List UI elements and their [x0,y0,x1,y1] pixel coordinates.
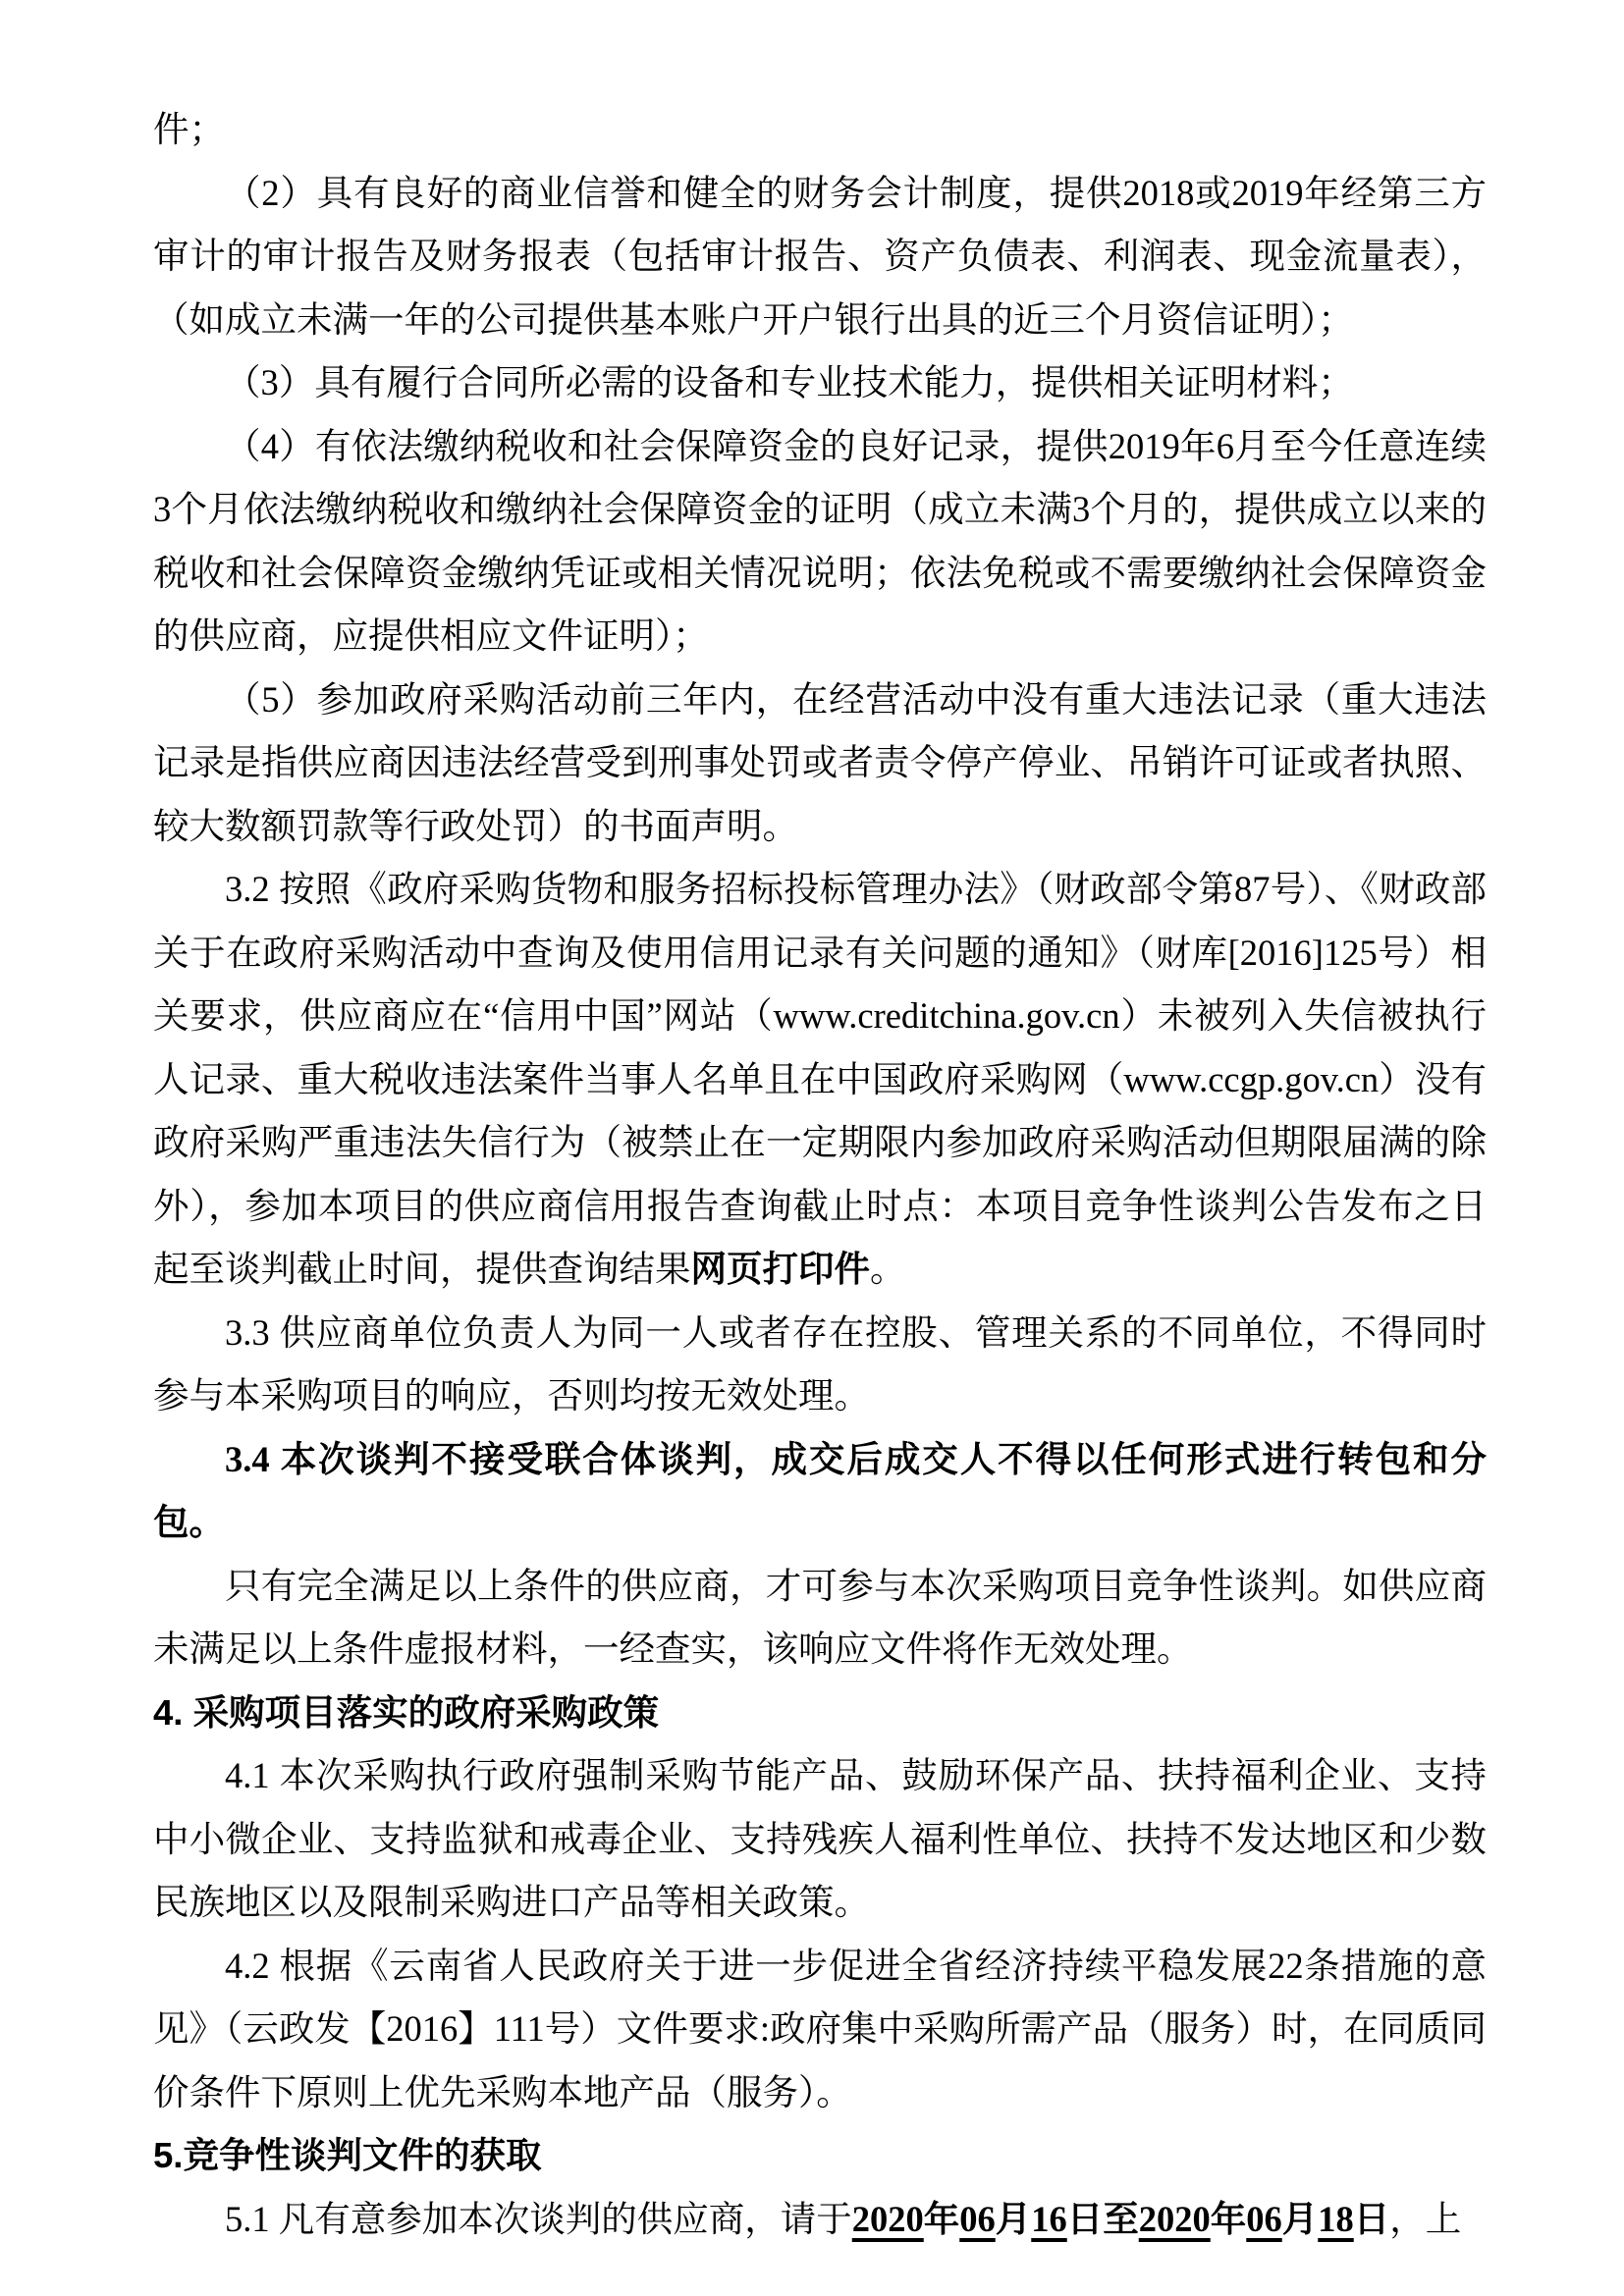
para-section-3-2: 3.2 按照《政府采购货物和服务招标投标管理办法》（财政部令第87号）、《财政部… [153,858,1487,1302]
bold-text-run: 5.竞争性谈判文件的获取 [153,2135,541,2175]
bold-text-run: 年 [924,2199,960,2239]
text-run: （4）有依法缴纳税收和社会保障资金的良好记录，提供2019年6月至今任意连续3个… [153,426,1487,657]
para-section-4-2: 4.2 根据《云南省人民政府关于进一步促进全省经济持续平稳发展22条措施的意见》… [153,1935,1487,2125]
text-run: 4.2 根据《云南省人民政府关于进一步促进全省经济持续平稳发展22条措施的意见》… [153,1946,1487,2112]
text-run: 。 [870,1249,906,1289]
para-section-5-1: 5.1 凡有意参加本次谈判的供应商，请于2020年06月16日至2020年06月… [153,2188,1487,2252]
text-run: （3）具有履行合同所必需的设备和专业技术能力，提供相关证明材料； [225,362,1354,402]
text-run: 件； [153,109,225,149]
document-page: 件；（2）具有良好的商业信誉和健全的财务会计制度，提供2018或2019年经第三… [0,0,1624,2296]
text-run: 4.1 本次采购执行政府强制采购节能产品、鼓励环保产品、扶持福利企业、支持中小微… [153,1755,1487,1922]
bold-text-run: 4. 采购项目落实的政府采购政策 [153,1692,659,1733]
bold-text-run: 日至 [1067,2199,1139,2239]
bold-text-run: 日 [1354,2199,1390,2239]
heading-section-4: 4. 采购项目落实的政府采购政策 [153,1682,1487,1745]
underlined-date-text: 2020 [852,2199,924,2239]
underlined-date-text: 16 [1031,2199,1067,2239]
bold-text-run: 3.4 本次谈判不接受联合体谈判，成交后成交人不得以任何形式进行转包和分包。 [153,1439,1487,1543]
para-item-3: （3）具有履行合同所必需的设备和专业技术能力，提供相关证明材料； [153,351,1487,415]
heading-section-5: 5.竞争性谈判文件的获取 [153,2124,1487,2188]
bold-text-run: 月 [996,2199,1032,2239]
text-run: 3.3 供应商单位负责人为同一人或者存在控股、管理关系的不同单位，不得同时参与本… [153,1312,1487,1416]
para-item-5: （5）参加政府采购活动前三年内，在经营活动中没有重大违法记录（重大违法记录是指供… [153,668,1487,859]
text-run: （5）参加政府采购活动前三年内，在经营活动中没有重大违法记录（重大违法记录是指供… [153,679,1487,846]
para-qualification-note: 只有完全满足以上条件的供应商，才可参与本次采购项目竞争性谈判。如供应商未满足以上… [153,1555,1487,1682]
text-run: ，上 [1389,2199,1461,2239]
para-item-4: （4）有依法缴纳税收和社会保障资金的良好记录，提供2019年6月至今任意连续3个… [153,415,1487,668]
para-section-4-1: 4.1 本次采购执行政府强制采购节能产品、鼓励环保产品、扶持福利企业、支持中小微… [153,1744,1487,1935]
bold-text-run: 网页打印件 [691,1249,871,1289]
text-run: （2）具有良好的商业信誉和健全的财务会计制度，提供2018或2019年经第三方审… [153,173,1487,340]
document-content: 件；（2）具有良好的商业信誉和健全的财务会计制度，提供2018或2019年经第三… [153,98,1487,2251]
text-run: 3.2 按照《政府采购货物和服务招标投标管理办法》（财政部令第87号）、《财政部… [153,869,1487,1289]
underlined-date-text: 06 [959,2199,996,2239]
bold-text-run: 月 [1282,2199,1319,2239]
para-section-3-3: 3.3 供应商单位负责人为同一人或者存在控股、管理关系的不同单位，不得同时参与本… [153,1302,1487,1428]
para-continuation-fragment: 件； [153,98,1487,162]
text-run: 5.1 凡有意参加本次谈判的供应商，请于 [225,2199,852,2239]
underlined-date-text: 18 [1318,2199,1354,2239]
text-run: 只有完全满足以上条件的供应商，才可参与本次采购项目竞争性谈判。如供应商未满足以上… [153,1566,1487,1670]
underlined-date-text: 06 [1246,2199,1282,2239]
bold-text-run: 年 [1211,2199,1247,2239]
underlined-date-text: 2020 [1139,2199,1211,2239]
para-item-2: （2）具有良好的商业信誉和健全的财务会计制度，提供2018或2019年经第三方审… [153,162,1487,352]
para-section-3-4: 3.4 本次谈判不接受联合体谈判，成交后成交人不得以任何形式进行转包和分包。 [153,1428,1487,1555]
